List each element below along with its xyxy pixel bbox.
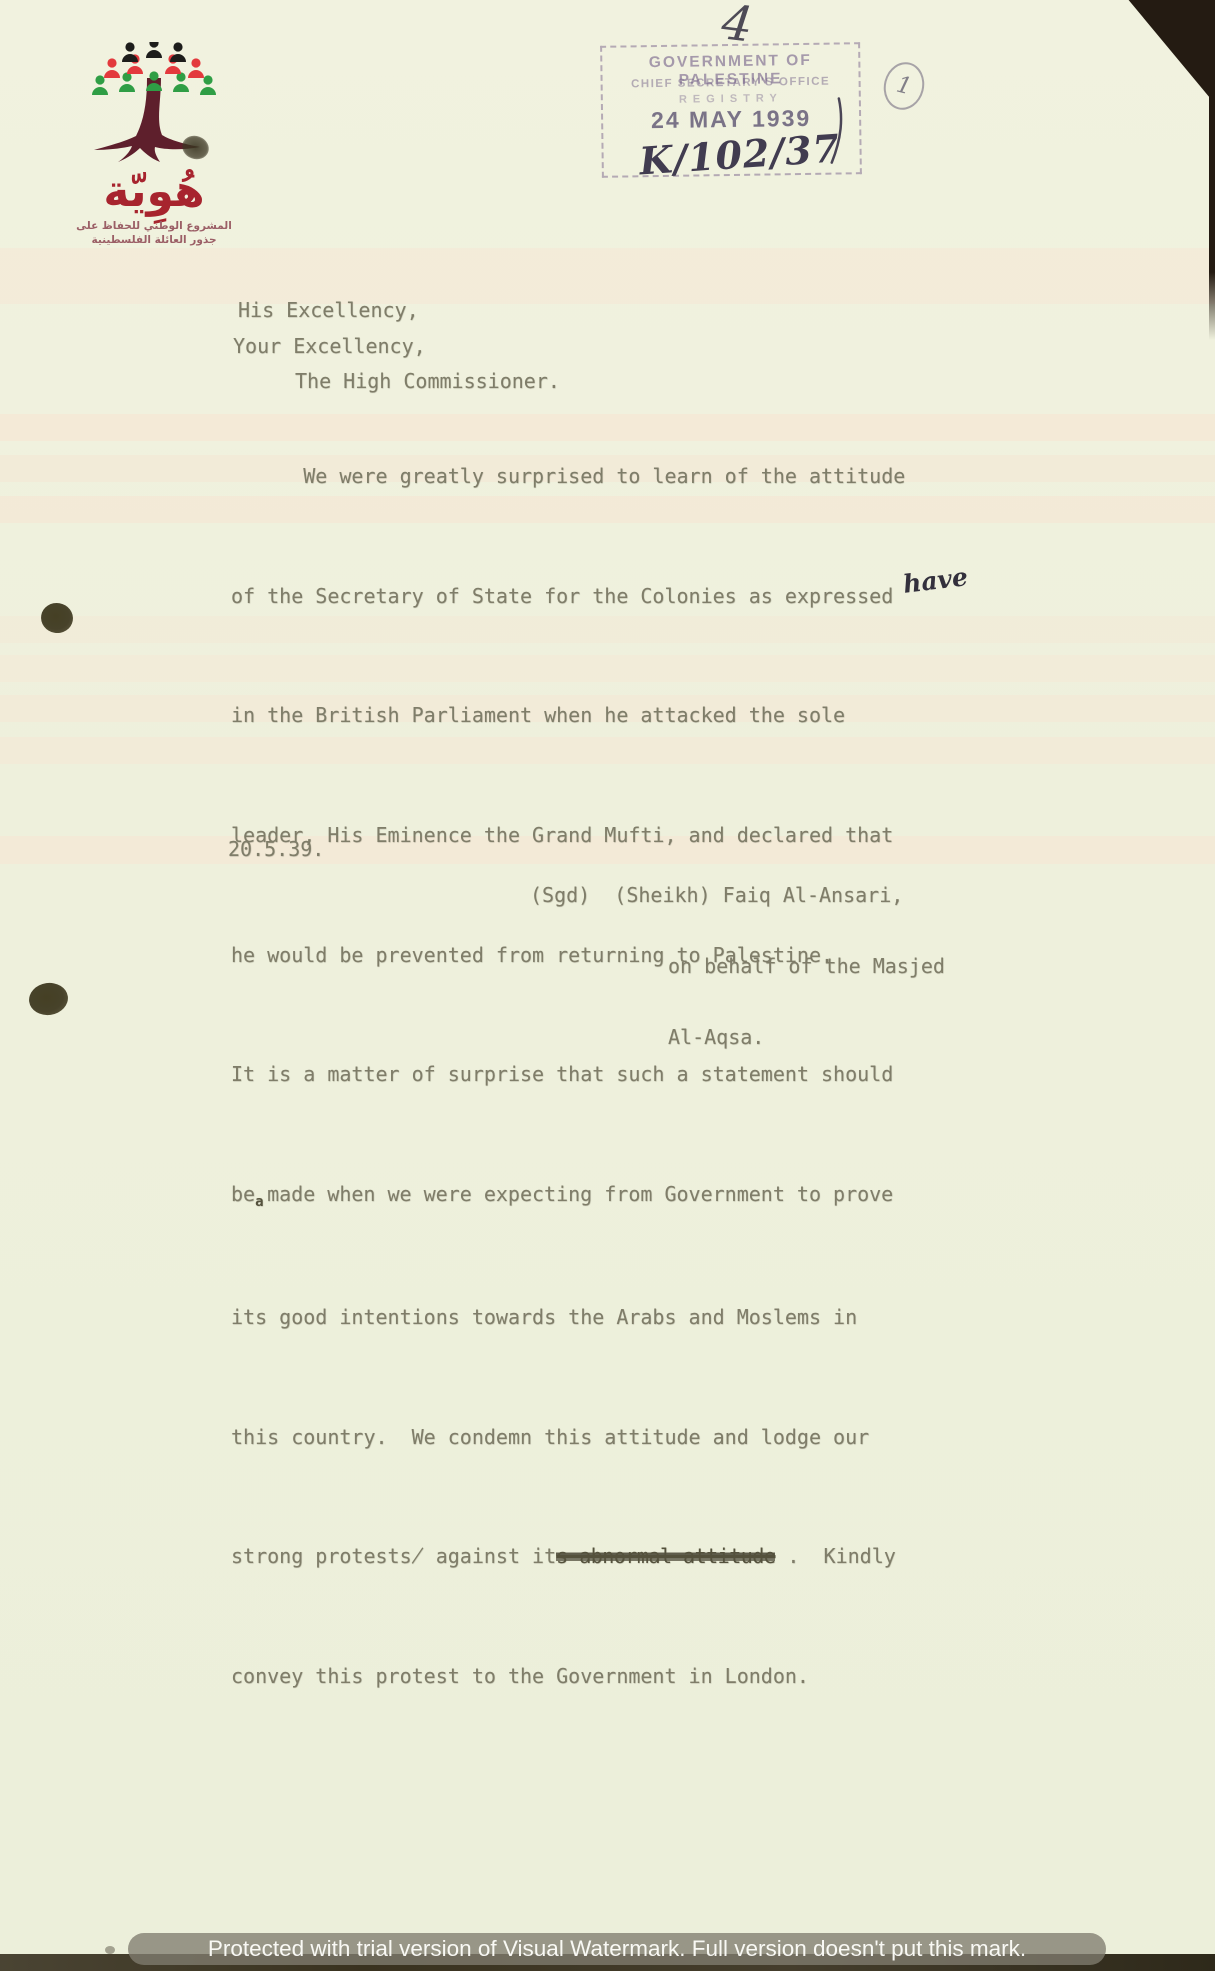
pen-stroke (821, 96, 846, 166)
handwritten-insertion: have (901, 562, 969, 599)
body-line: its good intentions towards the Arabs an… (231, 1298, 905, 1338)
body-line: beamade when we were expecting from Gove… (231, 1175, 905, 1218)
registry-stamp: GOVERNMENT OF PALESTINE CHIEF SECRETARY'… (600, 42, 862, 178)
circled-number-annotation: 1 (879, 58, 929, 114)
letter-date: 20.5.39. (228, 837, 324, 861)
hole-punch (39, 600, 76, 635)
logo-tagline-line2: جذور العائلة الفلسطينية (72, 233, 236, 247)
salutation: Your Excellency, (233, 334, 426, 358)
body-line: in the British Parliament when he attack… (231, 696, 905, 736)
hole-punch (27, 980, 70, 1017)
body-line: We were greatly surprised to learn of th… (231, 457, 905, 497)
struck-out-text: s abnormal attitude (556, 1544, 775, 1568)
signature-line1: (Sgd) (Sheikh) Faiq Al-Ansari, (530, 884, 945, 908)
scan-stripe (0, 248, 1215, 304)
logo-tagline: المشروع الوطني للحفاظ على جذور العائلة ا… (72, 219, 236, 247)
body-text: strong protests̸ against it (231, 1544, 556, 1568)
circled-number-value: 1 (894, 72, 914, 101)
page-right-edge (1209, 0, 1215, 340)
watermark-banner: Protected with trial version of Visual W… (128, 1933, 1106, 1965)
stamp-office-line: CHIEF SECRETARY'S OFFICE (603, 75, 859, 91)
signature-block: (Sgd) (Sheikh) Faiq Al-Ansari, on behalf… (530, 837, 945, 1097)
body-line: of the Secretary of State for the Coloni… (231, 577, 905, 617)
signature-line2: on behalf of the Masjed (530, 955, 945, 979)
page-corner-cut (1119, 0, 1215, 104)
huwiyya-logo: هُوِيّة المشروع الوطني للحفاظ على جذور ا… (72, 42, 236, 247)
overtyped-character: a (255, 1183, 267, 1223)
document-page: هُوِيّة المشروع الوطني للحفاظ على جذور ا… (0, 0, 1215, 1971)
watermark-text: Protected with trial version of Visual W… (208, 1936, 1026, 1962)
body-text: made when we were expecting from Governm… (267, 1182, 893, 1206)
signature-line3: Al-Aqsa. (530, 1026, 945, 1050)
body-text: be (231, 1182, 255, 1206)
addressee-line1: His Excellency, (238, 299, 560, 323)
body-text: . Kindly (775, 1544, 895, 1568)
body-line: convey this protest to the Government in… (231, 1657, 905, 1697)
logo-tagline-line1: المشروع الوطني للحفاظ على (72, 219, 236, 233)
body-line: strong protests̸ against its abnormal at… (231, 1537, 905, 1577)
body-line: this country. We condemn this attitude a… (231, 1418, 905, 1458)
dust-speck (105, 1946, 115, 1954)
logo-wordmark-arabic: هُوِيّة (72, 169, 236, 215)
